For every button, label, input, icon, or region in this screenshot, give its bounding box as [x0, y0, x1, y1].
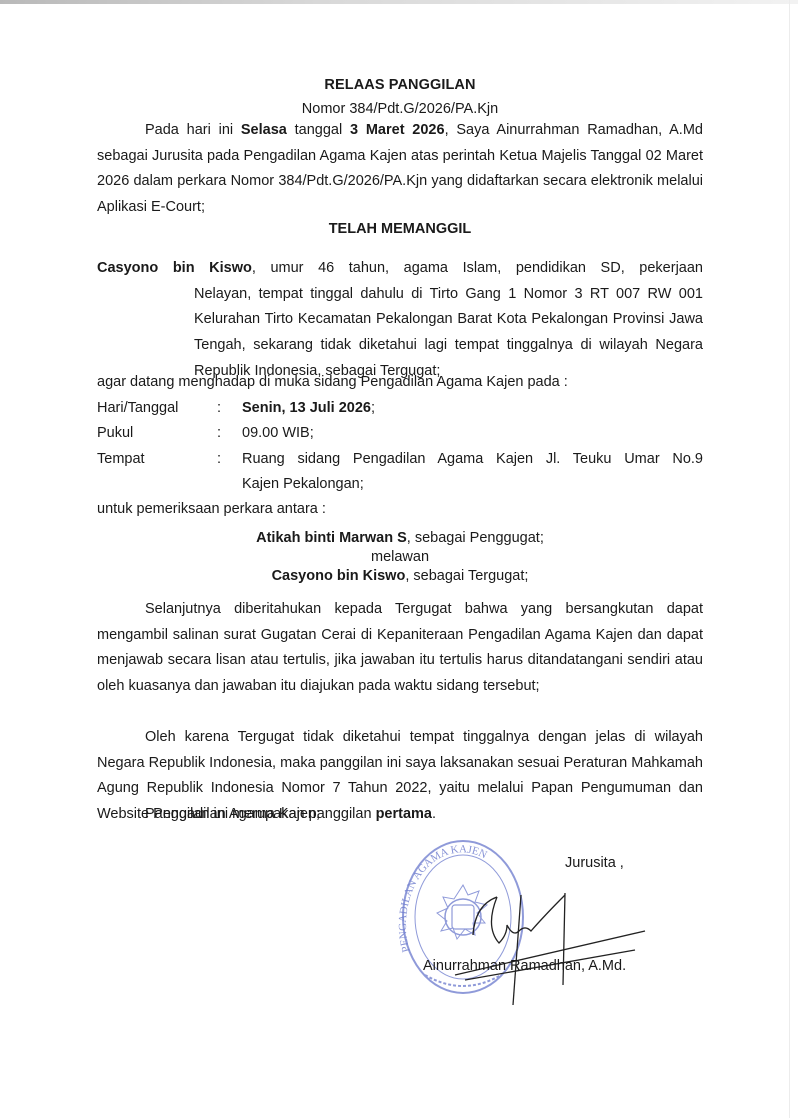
signature-icon: [395, 835, 715, 1025]
body-paragraph-1: Selanjutnya diberitahukan kepada Terguga…: [97, 597, 703, 700]
summons-order: pertama: [376, 806, 432, 822]
text: Pada hari ini: [145, 122, 241, 138]
text: , umur 46 tahun, agama Islam, pendidikan…: [252, 260, 703, 276]
defendant-name: Casyono bin Kiswo: [97, 260, 252, 276]
signatory-name: Ainurrahman Ramadhan, A.Md.: [423, 958, 626, 974]
schedule-label: Tempat: [97, 447, 145, 473]
hearing-time: 09.00 WIB;: [242, 421, 703, 447]
schedule-value: Senin, 13 Juli 2026;: [242, 396, 703, 422]
case-between-text: untuk pemeriksaan perkara antara :: [97, 497, 703, 523]
appear-text: agar datang menghadap di muka sidang Pen…: [97, 370, 703, 396]
text: , sebagai Tergugat;: [405, 568, 528, 584]
defendant-line: Casyono bin Kiswo, sebagai Tergugat;: [97, 566, 703, 586]
hearing-place-line2: Kajen Pekalongan;: [242, 472, 703, 498]
hearing-place: Ruang sidang Pengadilan Agama Kajen Jl. …: [242, 447, 703, 473]
text: agar datang menghadap di muka sidang Pen…: [97, 374, 568, 390]
hearing-day-bold: Selasa: [241, 122, 287, 138]
text: tanggal: [287, 122, 350, 138]
scan-edge-right: [789, 0, 790, 1118]
plaintiff-name: Atikah binti Marwan S: [256, 530, 407, 546]
versus-line: melawan: [97, 547, 703, 567]
colon: :: [217, 396, 221, 422]
opening-paragraph: Pada hari ini Selasa tanggal 3 Maret 202…: [97, 118, 703, 221]
scan-edge-top: [0, 0, 798, 4]
text: , sebagai Penggugat;: [407, 530, 544, 546]
hearing-date: Senin, 13 Juli 2026: [242, 400, 371, 416]
case-number: Nomor 384/Pdt.G/2026/PA.Kjn: [97, 101, 703, 117]
signature-block: PENGADILAN AGAMA KAJEN Jurusita , Ainurr…: [395, 835, 715, 1025]
summon-heading: TELAH MEMANGGIL: [97, 221, 703, 237]
notice-date-bold: 3 Maret 2026: [350, 122, 445, 138]
schedule-label: Hari/Tanggal: [97, 396, 178, 422]
defendant-name: Casyono bin Kiswo: [272, 568, 406, 584]
text: ;: [371, 400, 375, 416]
signatory-role: Jurusita ,: [565, 855, 624, 871]
colon: :: [217, 421, 221, 447]
colon: :: [217, 447, 221, 473]
defendant-first-line: Casyono bin Kiswo, umur 46 tahun, agama …: [97, 256, 703, 282]
text: Panggilan ini merupakan panggilan: [145, 806, 376, 822]
text: .: [432, 806, 436, 822]
text: untuk pemeriksaan perkara antara :: [97, 501, 326, 517]
defendant-identity: Casyono bin Kiswo, umur 46 tahun, agama …: [97, 256, 703, 385]
schedule-label: Pukul: [97, 421, 133, 447]
document-title: RELAAS PANGGILAN: [97, 77, 703, 93]
closing-paragraph: Panggilan ini merupakan panggilan pertam…: [97, 802, 703, 828]
plaintiff-line: Atikah binti Marwan S, sebagai Penggugat…: [97, 528, 703, 548]
